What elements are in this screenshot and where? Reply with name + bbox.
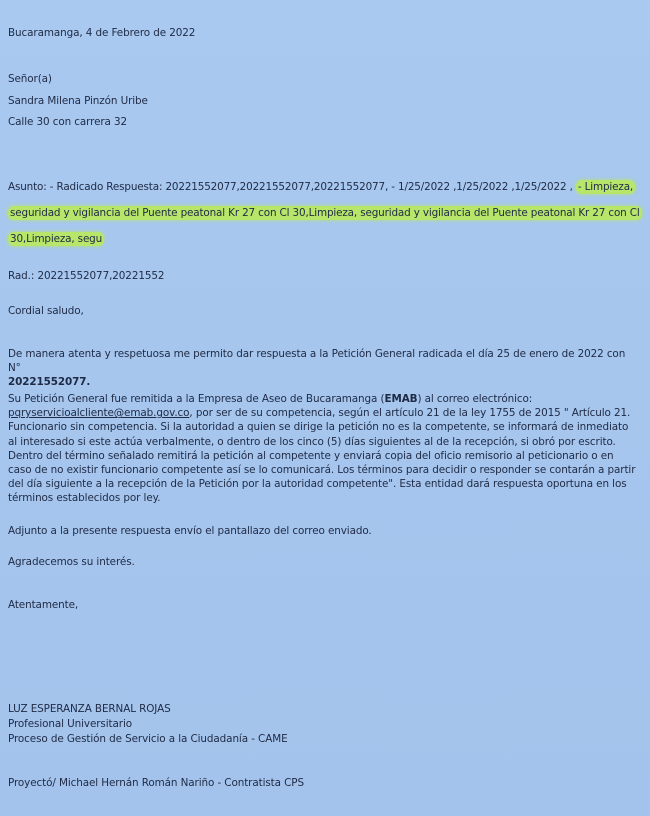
recipient-address: Calle 30 con carrera 32: [8, 115, 127, 129]
thanks: Agradecemos su interés.: [8, 555, 135, 569]
intro-paragraph: De manera atenta y respetuosa me permito…: [8, 347, 638, 390]
email-link[interactable]: pqryservicioalcliente@emab.gov.co: [8, 407, 189, 419]
body-part1: Su Petición General fue remitida a la Em…: [8, 393, 384, 405]
closing: Atentamente,: [8, 598, 78, 612]
subject-highlight-3: 30,Limpieza, segu: [8, 232, 104, 246]
greeting: Cordial saludo,: [8, 304, 84, 318]
body-part3: , por ser de su competencia, según el ar…: [8, 407, 635, 504]
attachment-note: Adjunto a la presente respuesta envío el…: [8, 524, 372, 538]
recipient-name: Sandra Milena Pinzón Uribe: [8, 94, 148, 108]
signature-department: Proceso de Gestión de Servicio a la Ciud…: [8, 732, 288, 746]
prepared-by: Proyectó/ Michael Hernán Román Nariño - …: [8, 776, 304, 790]
subject-prefix: Asunto: - Radicado Respuesta: 2022155207…: [8, 181, 576, 193]
intro-text: De manera atenta y respetuosa me permito…: [8, 348, 625, 374]
radicado-reference: Rad.: 20221552077,20221552: [8, 269, 164, 283]
signature-title: Profesional Universitario: [8, 717, 132, 731]
body-part2: ) al correo electrónico:: [417, 393, 532, 405]
place-date: Bucaramanga, 4 de Febrero de 2022: [8, 26, 195, 40]
body-paragraph: Su Petición General fue remitida a la Em…: [8, 392, 638, 506]
signature-name: LUZ ESPERANZA BERNAL ROJAS: [8, 702, 171, 716]
subject-block: Asunto: - Radicado Respuesta: 2022155207…: [8, 174, 644, 252]
intro-number: 20221552077.: [8, 376, 90, 388]
subject-highlight-1: - Limpieza,: [576, 180, 635, 194]
recipient-salutation: Señor(a): [8, 72, 52, 86]
emab-acronym: EMAB: [384, 393, 417, 405]
subject-highlight-2: seguridad y vigilancia del Puente peaton…: [8, 206, 642, 220]
letter-page: Bucaramanga, 4 de Febrero de 2022 Señor(…: [0, 0, 650, 816]
